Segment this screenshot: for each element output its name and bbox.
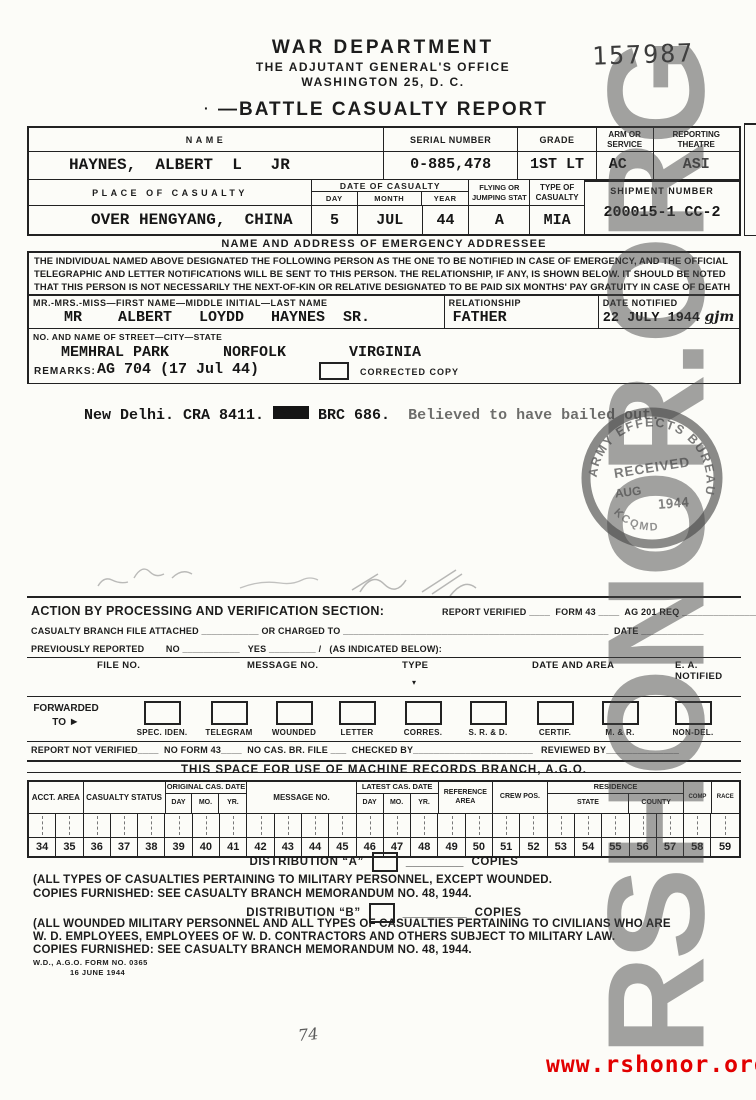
date-notified-value: 22 JULY 1944 — [603, 311, 700, 326]
race-label: RACE — [712, 782, 739, 813]
srd-checkbox — [470, 701, 507, 725]
handwritten-page-number: 74 — [297, 1024, 319, 1045]
machine-records-blank-row — [29, 814, 739, 838]
telegram-label: TELEGRAM — [194, 728, 264, 737]
report-not-verified-line: REPORT NOT VERIFIED____ NO FORM 43____ N… — [31, 745, 679, 755]
street-label: NO. AND NAME OF STREET—CITY—STATE — [33, 332, 222, 342]
clerk-initials: gjm — [704, 309, 734, 325]
year-label: YEAR — [422, 192, 469, 205]
day-label: DAY — [312, 192, 358, 205]
serial-value: 0-885,478 — [384, 150, 518, 179]
corrected-copy-checkbox — [319, 362, 349, 380]
mr-label: M. & R. — [585, 728, 655, 737]
form-date: 16 JUNE 1944 — [70, 968, 125, 977]
addressee-name-label: MR.-MRS.-MISS—FIRST NAME—MIDDLE INITIAL—… — [33, 298, 327, 308]
war-department-heading: WAR DEPARTMENT — [183, 37, 583, 59]
report-title: —BATTLE CASUALTY REPORT — [183, 99, 583, 121]
day-value: 5 — [312, 206, 358, 234]
note-mid: BRC 686. — [309, 407, 408, 424]
comp-label: COMP — [684, 782, 711, 813]
place-date-header-row: PLACE OF CASUALTY DATE OF CASUALTY DAY M… — [27, 180, 584, 205]
orig-day-label: DAY — [166, 794, 193, 813]
orig-mo-label: MO. — [192, 794, 219, 813]
file-no-column-label: FILE NO. — [97, 660, 140, 671]
svg-text:ARMY EFFECTS BUREAU: ARMY EFFECTS BUREAU — [585, 408, 725, 498]
grade-value: 1ST LT — [518, 150, 597, 179]
machine-records-title: THIS SPACE FOR USE OF MACHINE RECORDS BR… — [27, 764, 741, 776]
latest-day-label: DAY — [357, 794, 384, 813]
previously-reported-line: PREVIOUSLY REPORTED NO ___________ YES _… — [31, 644, 442, 654]
rshonor-site-url: www.rshonor.org — [546, 1052, 756, 1078]
non-del-checkbox — [675, 701, 712, 725]
grade-column-label: GRADE — [518, 128, 597, 151]
spec-iden-label: SPEC. IDEN. — [127, 728, 197, 737]
flying-jumping-value: A — [469, 206, 530, 234]
year-value: 44 — [423, 206, 470, 234]
date-of-casualty-label: DATE OF CASUALTY — [312, 180, 468, 192]
theatre-column-label: REPORTING THEATRE — [654, 128, 740, 151]
latest-cas-date-label: LATEST CAS. DATE — [357, 782, 438, 794]
original-cas-date-label: ORIGINAL CAS. DATE — [166, 782, 247, 794]
type-column-label: TYPE — [402, 660, 428, 671]
serial-column-label: SERIAL NUMBER — [384, 128, 518, 151]
typed-note-line: New Delhi. CRA 8411. XXX BRC 686. Believ… — [48, 389, 660, 441]
relationship-label: RELATIONSHIP — [449, 298, 521, 308]
letter-label: LETTER — [322, 728, 392, 737]
certif-label: CERTIF. — [520, 728, 590, 737]
forwarded-to-label: FORWARDED TO ► — [33, 702, 99, 729]
stamp-year-text: 1944 — [657, 495, 690, 513]
washington-line: WASHINGTON 25, D. C. — [183, 75, 583, 89]
date-and-area-column-label: DATE AND AREA — [532, 660, 614, 671]
addressee-detail-block: MR.-MRS.-MISS—FIRST NAME—MIDDLE INITIAL—… — [27, 296, 741, 384]
casualty-status-label: CASUALTY STATUS — [84, 782, 166, 813]
shipment-number-value: 200015-1 CC-2 — [585, 196, 739, 221]
stamp-arc-top-text: ARMY EFFECTS BUREAU — [585, 408, 725, 498]
latest-yr-label: YR. — [411, 794, 438, 813]
distribution-a-title: DISTRIBUTION “A” — [250, 856, 364, 868]
distribution-b-line1: (ALL WOUNDED MILITARY PERSONNEL AND ALL … — [33, 917, 673, 931]
processing-verification-section: ACTION BY PROCESSING AND VERIFICATION SE… — [27, 596, 741, 762]
ea-notified-column-label: E. A. NOTIFIED — [675, 660, 741, 682]
type-of-casualty-value: MIA — [530, 206, 584, 234]
army-effects-bureau-stamp: ARMY EFFECTS BUREAU RECEIVED AUG 1944 KC… — [556, 382, 748, 574]
stamp-received-text: RECEIVED — [613, 454, 691, 481]
flying-jumping-label: FLYING OR JUMPING STAT — [469, 180, 530, 205]
arm-value: AC — [597, 150, 654, 179]
machine-records-header-row: ACCT. AREA CASUALTY STATUS ORIGINAL CAS.… — [29, 782, 739, 814]
non-del-label: NON-DEL. — [658, 728, 728, 737]
shipment-number-label: SHIPMENT NUMBER — [585, 182, 739, 196]
scanned-battle-casualty-report: WAR DEPARTMENT THE ADJUTANT GENERAL'S OF… — [0, 0, 756, 1100]
forwarded-arrow-icon: ► — [69, 716, 80, 728]
letter-checkbox — [339, 701, 376, 725]
remarks-label: REMARKS: — [34, 366, 96, 377]
corres-label: CORRES. — [388, 728, 458, 737]
redacted-text: XXX — [273, 406, 309, 419]
distribution-a-line1: (ALL TYPES OF CASUALTIES PERTAINING TO M… — [33, 873, 673, 887]
distribution-a-heading-row: DISTRIBUTION “A” _________ COPIES — [27, 852, 741, 872]
crew-pos-label: CREW POS. — [493, 782, 548, 813]
latest-mo-label: MO. — [384, 794, 411, 813]
document-serial-stamp: 157987 — [592, 38, 695, 71]
casualty-branch-file-line: CASUALTY BRANCH FILE ATTACHED __________… — [31, 626, 704, 636]
place-date-value-row: OVER HENGYANG, CHINA 5 JUL 44 A MIA — [27, 205, 584, 236]
casualty-table-value-row: HAYNES, ALBERT L JR 0-885,478 1ST LT AC … — [27, 150, 741, 180]
distribution-a-blank: _________ — [406, 856, 464, 868]
type-of-casualty-label: TYPE OF CASUALTY — [530, 180, 584, 205]
place-value: OVER HENGYANG, CHINA — [29, 206, 312, 234]
corrected-copy-label: CORRECTED COPY — [360, 367, 459, 377]
caret-marker: ▾ — [412, 678, 416, 687]
report-verified-line: REPORT VERIFIED ____ FORM 43 ____ AG 201… — [442, 607, 756, 617]
remarks-value: AG 704 (17 Jul 44) — [97, 361, 259, 378]
place-column-label: PLACE OF CASUALTY — [29, 180, 312, 205]
acct-area-label: ACCT. AREA — [29, 782, 84, 813]
scan-edge-fragment — [744, 123, 756, 236]
addressee-notice-paragraph: THE INDIVIDUAL NAMED ABOVE DESIGNATED TH… — [27, 251, 741, 296]
reference-area-label: REFERENCE AREA — [439, 782, 494, 813]
addressee-name-value: MR ALBERT LOYDD HAYNES SR. — [29, 309, 370, 326]
distribution-a-line2: COPIES FURNISHED: SEE CASUALTY BRANCH ME… — [33, 887, 673, 901]
shipment-number-cell: SHIPMENT NUMBER 200015-1 CC-2 — [584, 180, 741, 236]
name-value: HAYNES, ALBERT L JR — [29, 150, 384, 179]
addressee-name-row: MR.-MRS.-MISS—FIRST NAME—MIDDLE INITIAL—… — [29, 296, 739, 329]
theatre-value: ASI — [654, 150, 739, 179]
date-notified-label: DATE NOTIFIED — [603, 298, 678, 308]
distribution-b-line3: COPIES FURNISHED: SEE CASUALTY BRANCH ME… — [33, 943, 673, 957]
month-value: JUL — [358, 206, 423, 234]
orig-yr-label: YR. — [219, 794, 246, 813]
casualty-table-header-row: NAME SERIAL NUMBER GRADE ARM OR SERVICE … — [27, 126, 741, 152]
stamp-month-text: AUG — [614, 484, 642, 501]
wounded-checkbox — [276, 701, 313, 725]
message-no-column-label: MESSAGE NO. — [247, 660, 318, 671]
emergency-addressee-title: NAME AND ADDRESS OF EMERGENCY ADDRESSEE — [27, 238, 741, 250]
spec-iden-checkbox — [144, 701, 181, 725]
message-no-label: MESSAGE NO. — [247, 782, 356, 813]
mr-checkbox — [602, 701, 639, 725]
pencil-scribbles — [90, 548, 510, 598]
month-label: MONTH — [358, 192, 422, 205]
distribution-a-copies-label: COPIES — [471, 856, 518, 868]
corres-checkbox — [405, 701, 442, 725]
remarks-row: REMARKS: AG 704 (17 Jul 44) CORRECTED CO… — [29, 358, 739, 384]
wounded-label: WOUNDED — [259, 728, 329, 737]
processing-section-title: ACTION BY PROCESSING AND VERIFICATION SE… — [31, 604, 384, 618]
telegram-checkbox — [211, 701, 248, 725]
county-label: COUNTY — [629, 794, 683, 813]
machine-records-table: ACCT. AREA CASUALTY STATUS ORIGINAL CAS.… — [27, 780, 741, 858]
form-number: W.D., A.G.O. FORM NO. 0365 — [33, 958, 148, 967]
adjutant-general-office-line: THE ADJUTANT GENERAL'S OFFICE — [183, 60, 583, 74]
name-column-label: NAME — [29, 128, 384, 151]
relationship-value: FATHER — [445, 309, 507, 326]
state-label: STATE — [548, 794, 629, 813]
residence-label: RESIDENCE — [548, 782, 684, 794]
distribution-b-line2: W. D. EMPLOYEES, EMPLOYEES OF W. D. CONT… — [33, 930, 673, 944]
certif-checkbox — [537, 701, 574, 725]
srd-label: S. R. & D. — [453, 728, 523, 737]
note-prefix: New Delhi. CRA 8411. — [84, 407, 273, 424]
distribution-a-checkbox — [372, 852, 398, 872]
arm-column-label: ARM OR SERVICE — [597, 128, 654, 151]
